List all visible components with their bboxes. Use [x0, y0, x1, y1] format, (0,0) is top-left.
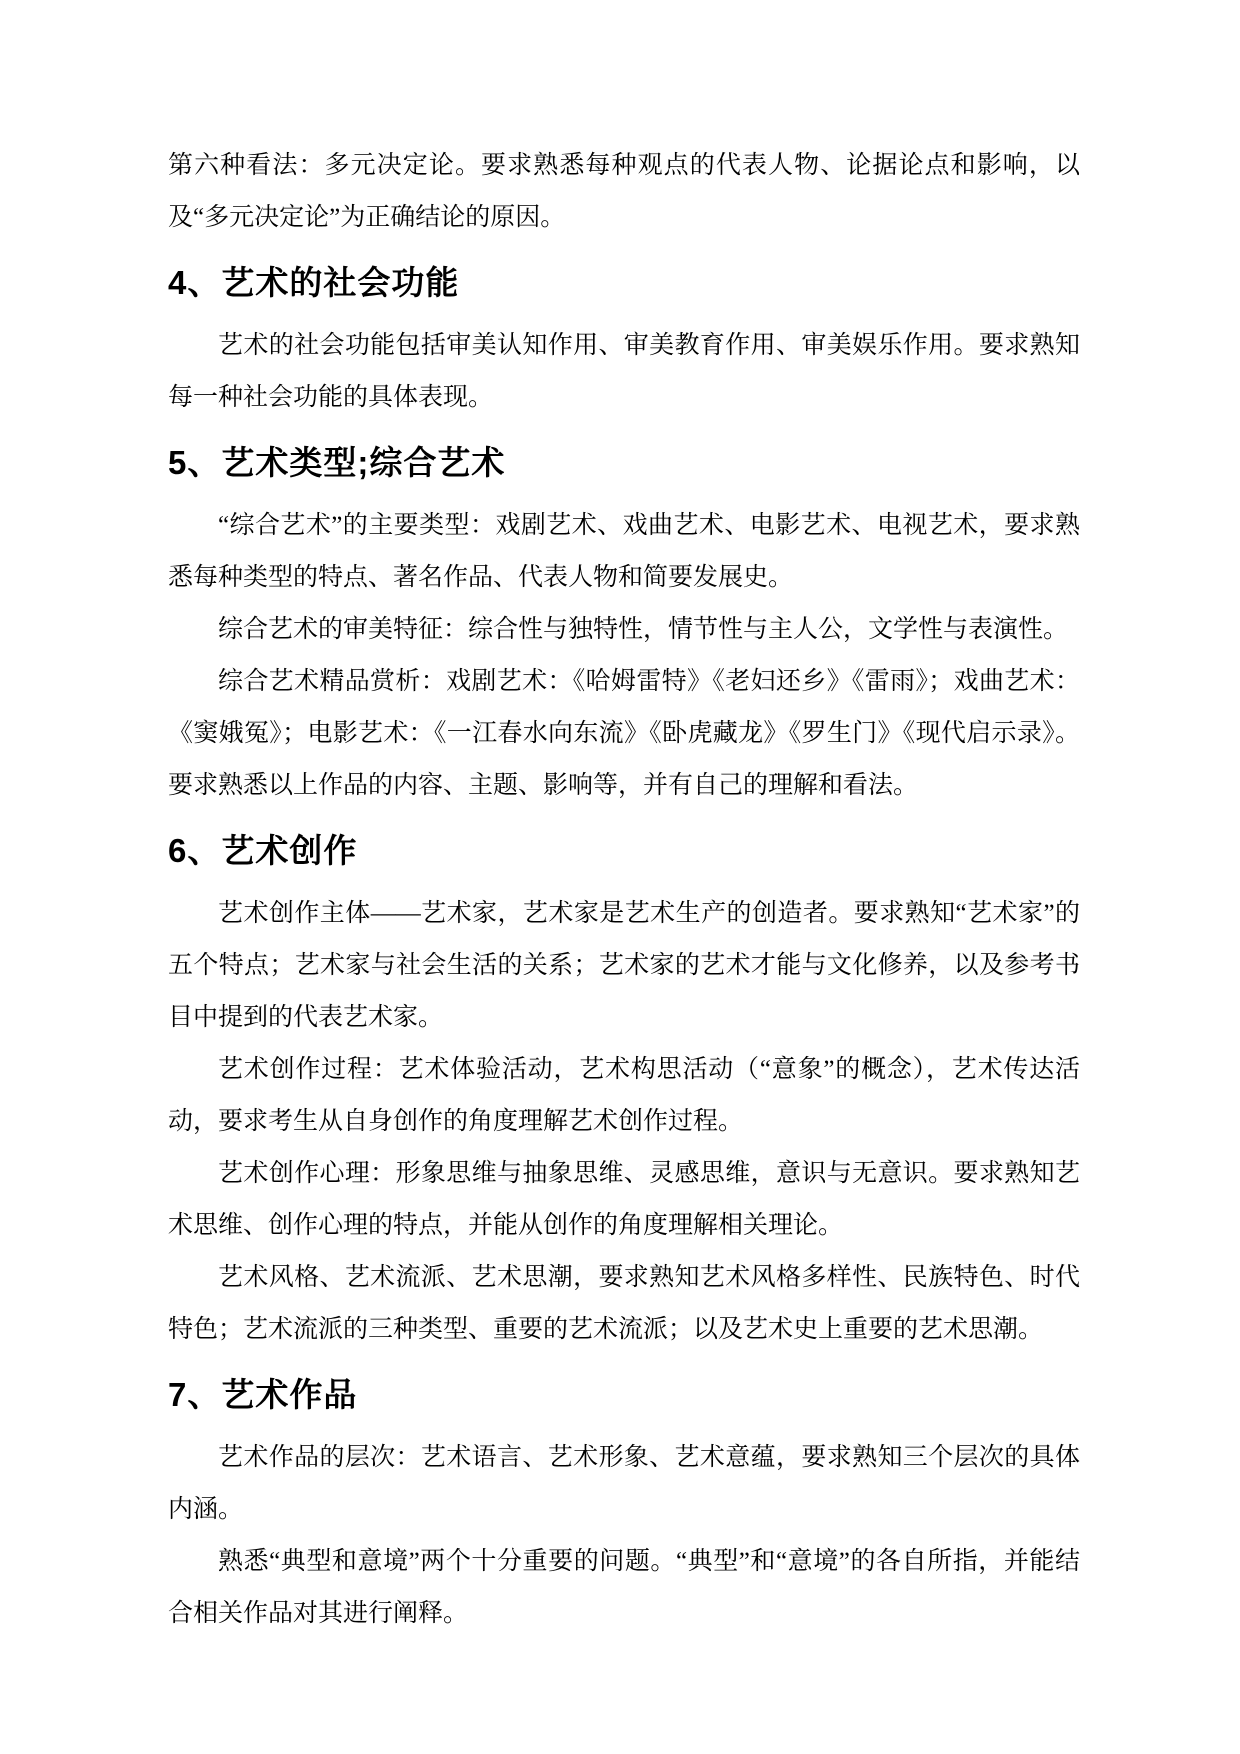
paragraph: 艺术风格、艺术流派、艺术思潮，要求熟知艺术风格多样性、民族特色、时代特色；艺术流…: [168, 1252, 1080, 1356]
paragraph: 综合艺术的审美特征：综合性与独特性，情节性与主人公，文学性与表演性。: [168, 604, 1080, 656]
paragraph: 艺术作品的层次：艺术语言、艺术形象、艺术意蕴，要求熟知三个层次的具体内涵。: [168, 1432, 1080, 1536]
document-page: 第六种看法：多元决定论。要求熟悉每种观点的代表人物、论据论点和影响，以及“多元决…: [168, 140, 1080, 1640]
paragraph: 艺术创作主体——艺术家，艺术家是艺术生产的创造者。要求熟知“艺术家”的五个特点；…: [168, 888, 1080, 1044]
paragraph: 艺术创作过程：艺术体验活动，艺术构思活动（“意象”的概念），艺术传达活动，要求考…: [168, 1044, 1080, 1148]
section-heading: 4、艺术的社会功能: [168, 256, 1080, 310]
document-body: 第六种看法：多元决定论。要求熟悉每种观点的代表人物、论据论点和影响，以及“多元决…: [168, 140, 1080, 1640]
section-heading: 7、艺术作品: [168, 1368, 1080, 1422]
section-heading: 6、艺术创作: [168, 824, 1080, 878]
paragraph: 熟悉“典型和意境”两个十分重要的问题。“典型”和“意境”的各自所指，并能结合相关…: [168, 1536, 1080, 1640]
paragraph: 艺术创作心理：形象思维与抽象思维、灵感思维，意识与无意识。要求熟知艺术思维、创作…: [168, 1148, 1080, 1252]
paragraph: 综合艺术精品赏析：戏剧艺术：《哈姆雷特》《老妇还乡》《雷雨》；戏曲艺术：《窦娥冤…: [168, 656, 1080, 812]
paragraph: 艺术的社会功能包括审美认知作用、审美教育作用、审美娱乐作用。要求熟知每一种社会功…: [168, 320, 1080, 424]
paragraph: “综合艺术”的主要类型：戏剧艺术、戏曲艺术、电影艺术、电视艺术，要求熟悉每种类型…: [168, 500, 1080, 604]
paragraph: 第六种看法：多元决定论。要求熟悉每种观点的代表人物、论据论点和影响，以及“多元决…: [168, 140, 1080, 244]
section-heading: 5、艺术类型;综合艺术: [168, 436, 1080, 490]
